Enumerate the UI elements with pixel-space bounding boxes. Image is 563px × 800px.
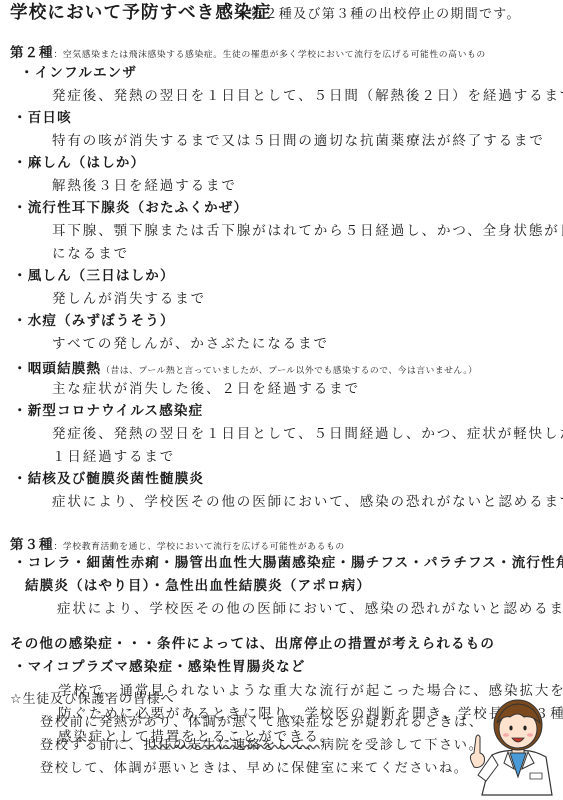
disease-rule: 発しんが消失するまで	[52, 293, 206, 307]
section2-header: 第２種	[10, 45, 54, 61]
disease-rule: 耳下腺、顎下腺または舌下腺がはれてから５日経過し、かつ、全身状態が良好	[52, 225, 563, 239]
disease-name: ・結核及び髄膜炎菌性髄膜炎	[13, 473, 204, 487]
disease-name: ・風しん（三日はしか）	[13, 270, 175, 284]
disease-rule: 症状により、学校医その他の医師において、感染の恐れがないと認めるまで	[57, 603, 563, 617]
section3-heading: 第３種：学校教育活動を通じ、学校において流行を広げる可能性があるもの	[10, 536, 345, 553]
section3-description: ：学校教育活動を通じ、学校において流行を広げる可能性があるもの	[54, 542, 345, 552]
disease-name: ・新型コロナウイルス感染症	[13, 405, 203, 419]
nurse-illustration-icon	[452, 693, 562, 798]
notice-line: 登校前に発熱があり、体調が悪くて感染症などが疑われるときは、	[40, 716, 484, 729]
disease-rule-continued: になるまで	[52, 248, 129, 262]
disease-rule-continued: １日経過するまで	[52, 451, 175, 465]
disease-name: ・水痘（みずぼうそう）	[13, 315, 175, 329]
other-header: その他の感染症・・・条件によっては、出席停止の措置が考えられるもの	[10, 638, 495, 652]
title-note: ※第２種及び第３種の出校停止の期間です。	[238, 8, 521, 21]
disease-rule: 発症後、発熱の翌日を１日目として、５日間（解熱後２日）を経過するまで	[52, 90, 563, 104]
disease-rule: 特有の咳が消失するまで又は５日間の適切な抗菌薬療法が終了するまで	[52, 135, 545, 149]
other-item: ・マイコプラズマ感染症・感染性胃腸炎など	[13, 661, 306, 675]
disease-rule: 主な症状が消失した後、２日を経過するまで	[52, 383, 360, 397]
disease-heading: ・咽頭結膜熱（昔は、プール熱と言っていましたが、プール以外でも感染するので、今は…	[13, 360, 477, 377]
disease-name: ・百日咳	[13, 112, 72, 126]
disease-list: ・コレラ・細菌性赤痢・腸管出血性大腸菌感染症・腸チフス・パラチフス・流行性角	[13, 557, 563, 571]
disease-list-continued: 結膜炎（はやり目）・急性出血性結膜炎（アポロ病）	[25, 580, 371, 594]
disease-rule: 発症後、発熱の翌日を１日目として、５日間経過し、かつ、症状が軽快した後、	[52, 428, 563, 442]
disease-rule: すべての発しんが、かさぶたになるまで	[52, 338, 329, 352]
disease-rule: 解熱後３日を経過するまで	[52, 180, 237, 194]
disease-name: ・咽頭結膜熱	[13, 361, 101, 377]
disease-rule: 症状により、学校医その他の医師において、感染の恐れがないと認めるまで	[52, 496, 563, 510]
disease-name: ・麻しん（はしか）	[13, 157, 145, 171]
section2-heading: 第２種：空気感染または飛沫感染する感染症。生徒の罹患が多く学校において流行を広げ…	[10, 44, 486, 61]
section3-header: 第３種	[10, 537, 54, 553]
notice-header: ☆生徒及び保護者の皆様へ	[10, 693, 174, 706]
disease-name: ・インフルエンザ	[20, 67, 137, 81]
notice-line: 登校して、体調が悪いときは、早めに保健室に来てくださいね。	[40, 762, 469, 775]
notice-line: 登校する前に、担任の先生に連絡をして、病院を受診して下さい。	[40, 739, 483, 752]
disease-name: ・流行性耳下腺炎（おたふくかぜ）	[13, 202, 248, 216]
page-title: 学校において予防すべき感染症	[10, 5, 271, 23]
disease-note: （昔は、プール熱と言っていましたが、プール以外でも感染するので、今は言いません。…	[101, 366, 477, 376]
section2-description: ：空気感染または飛沫感染する感染症。生徒の罹患が多く学校において流行を広げる可能…	[54, 50, 486, 60]
